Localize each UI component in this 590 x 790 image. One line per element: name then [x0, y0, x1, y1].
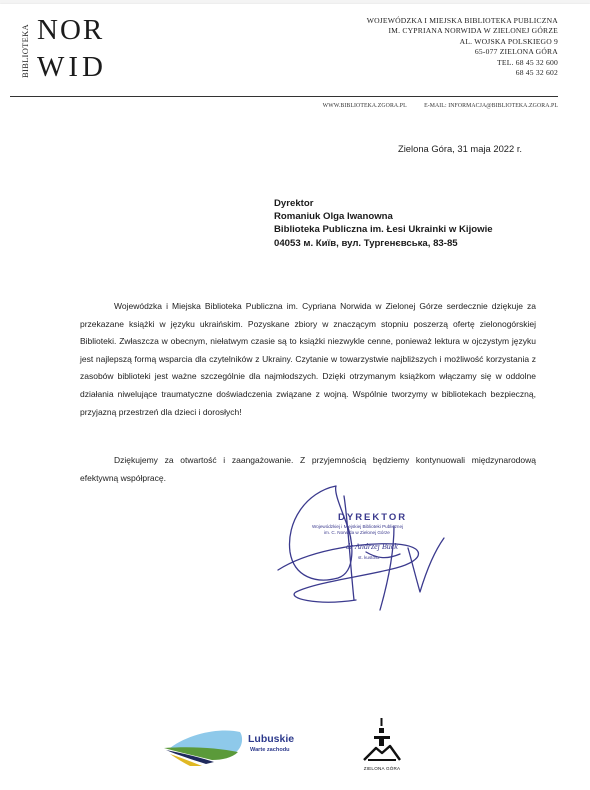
logo-vertical-text: BIBLIOTEKA: [20, 18, 34, 84]
handwritten-signature-icon: [276, 482, 456, 622]
paragraph-text: Wojewódzka i Miejska Biblioteka Publiczn…: [80, 301, 536, 417]
letter-page: BIBLIOTEKA NOR WID WOJEWÓDZKA I MIEJSKA …: [0, 4, 590, 790]
norwid-library-logo: BIBLIOTEKA NOR WID: [20, 16, 120, 86]
address-line: AL. WOJSKA POLSKIEGO 9: [278, 37, 558, 47]
body-paragraph-1: Wojewódzka i Miejska Biblioteka Publiczn…: [80, 298, 536, 421]
letter-date: Zielona Góra, 31 maja 2022 r.: [398, 143, 522, 154]
header-divider: [10, 96, 558, 98]
recipient-address: 04053 м. Київ, вул. Тургенєвська, 83-85: [274, 237, 493, 250]
website-link[interactable]: WWW.BIBLIOTEKA.ZGORA.PL: [323, 103, 407, 109]
zielona-gora-tower-icon: [360, 716, 404, 766]
recipient-block: Dyrektor Romaniuk Olga Iwanowna Bibliote…: [274, 197, 493, 250]
lubuskie-wave-icon: [162, 726, 246, 766]
address-line: IM. CYPRIANA NORWIDA W ZIELONEJ GÓRZE: [278, 26, 558, 36]
zielona-gora-label: ZIELONA GÓRA: [360, 766, 404, 771]
recipient-name: Romaniuk Olga Iwanowna: [274, 210, 493, 223]
lubuskie-title: Lubuskie: [248, 733, 294, 745]
address-line: 68 45 32 602: [278, 68, 558, 78]
lubuskie-logo: Lubuskie Warte zachodu: [162, 726, 322, 766]
address-line: WOJEWÓDZKA I MIEJSKA BIBLIOTEKA PUBLICZN…: [278, 16, 558, 26]
address-line: TEL. 68 45 32 600: [278, 58, 558, 68]
letterhead-address: WOJEWÓDZKA I MIEJSKA BIBLIOTEKA PUBLICZN…: [278, 16, 558, 78]
lubuskie-subtitle: Warte zachodu: [250, 747, 290, 753]
recipient-title: Dyrektor: [274, 197, 493, 210]
footer-logos: Lubuskie Warte zachodu ZIELONA GÓRA: [0, 704, 590, 784]
recipient-institution: Biblioteka Publiczna im. Łesi Ukrainki w…: [274, 223, 493, 236]
zielona-gora-logo: ZIELONA GÓRA: [360, 716, 404, 776]
logo-line-1: NOR: [37, 16, 104, 45]
logo-line-2: WID: [37, 53, 107, 82]
address-line: 65-077 ZIELONA GÓRA: [278, 47, 558, 57]
email-link[interactable]: E-MAIL: INFORMACJA@BIBLIOTEKA.ZGORA.PL: [424, 103, 558, 109]
contact-line: WWW.BIBLIOTEKA.ZGORA.PL E-MAIL: INFORMAC…: [323, 103, 558, 109]
signature-block: DYREKTOR Wojewódzkiej i Miejskiej Biblio…: [276, 482, 456, 622]
paragraph-text: Dziękujemy za otwartość i zaangażowanie.…: [80, 455, 536, 483]
